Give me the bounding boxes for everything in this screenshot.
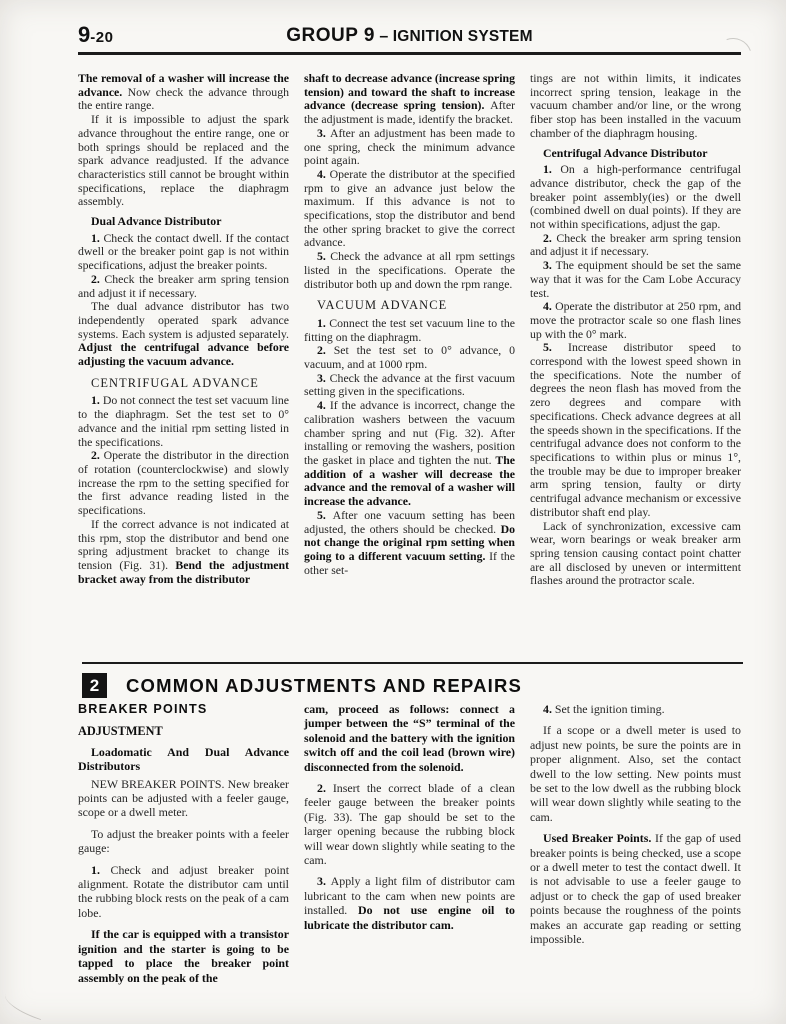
heading: BREAKER POINTS — [78, 702, 289, 716]
text-run: Operate the distributor at the specified… — [304, 167, 515, 250]
text-run: Connect the test set vacuum line to the … — [304, 316, 515, 344]
paragraph: 3. Check the advance at the first vacuum… — [304, 372, 515, 399]
manual-page: 9-20 GROUP 9 – IGNITION SYSTEM The remov… — [0, 0, 786, 1024]
bold-text-run: Used Breaker Points. — [543, 831, 655, 845]
text-run: If the advance is incorrect, change the … — [304, 398, 515, 467]
text-run: Check the contact dwell. If the contact … — [78, 231, 289, 272]
paragraph: 1. On a high-performance centrifugal adv… — [530, 163, 741, 232]
text-run: Check and adjust breaker point alignment… — [78, 863, 289, 920]
bold-text-run: 1. — [91, 393, 103, 407]
bold-text-run: 5. — [317, 249, 330, 263]
paragraph: If a scope or a dwell meter is used to a… — [530, 723, 741, 824]
bold-text-run: 4. — [317, 167, 330, 181]
bold-text-run: 3. — [317, 371, 330, 385]
page-title: GROUP 9 – IGNITION SYSTEM — [78, 25, 741, 47]
text-run: Check the breaker arm spring tension and… — [530, 231, 741, 259]
paragraph: If the correct advance is not indicated … — [78, 518, 289, 587]
bold-text-run: If the car is equipped with a transistor… — [78, 927, 289, 984]
text-column: 4. Set the ignition timing.If a scope or… — [530, 702, 741, 992]
text-run: Lack of synchronization, excessive cam w… — [530, 519, 741, 588]
paragraph: To adjust the breaker points with a feel… — [78, 827, 289, 856]
bold-text-run: 1. — [91, 863, 111, 877]
text-run: NEW BREAKER POINTS. New breaker points c… — [78, 777, 289, 820]
bold-text-run: shaft to decrease advance (increase spri… — [304, 71, 515, 112]
text-run: Check the advance at all rpm settings li… — [304, 249, 515, 290]
paragraph: 1. Do not connect the test set vacuum li… — [78, 394, 289, 449]
paragraph: 3. The equipment should be set the same … — [530, 259, 741, 300]
bold-text-run: 3. — [317, 874, 331, 888]
bold-text-run: 1. — [543, 162, 560, 176]
paragraph: 2. Check the breaker arm spring tension … — [78, 273, 289, 300]
paragraph: 4. Operate the distributor at 250 rpm, a… — [530, 300, 741, 341]
paragraph: The removal of a washer will increase th… — [78, 72, 289, 113]
bold-text-run: 5. — [543, 340, 568, 354]
scan-artifact-squiggle — [1, 994, 45, 1020]
paragraph: The dual advance distributor has two ind… — [78, 300, 289, 369]
section-2-header: 2 COMMON ADJUSTMENTS AND REPAIRS — [82, 673, 522, 698]
bold-text-run: 3. — [317, 126, 330, 140]
bold-text-run: 2. — [91, 448, 104, 462]
page-title-group: GROUP 9 — [286, 25, 375, 46]
text-run: If it is impossible to adjust the spark … — [78, 112, 289, 208]
text-run: Operate the distributor in the direction… — [78, 448, 289, 517]
paragraph: 3. After an adjustment has been made to … — [304, 127, 515, 168]
section-1-columns: The removal of a washer will increase th… — [78, 72, 741, 588]
paragraph: 2. Insert the correct blade of a clean f… — [304, 781, 515, 867]
text-run: Increase distributor speed to correspond… — [530, 340, 741, 518]
paragraph: If the car is equipped with a transistor… — [78, 927, 289, 985]
bold-text-run: 4. — [317, 398, 330, 412]
bold-text-run: 3. — [543, 258, 556, 272]
text-column: BREAKER POINTSADJUSTMENTLoadomatic And D… — [78, 702, 289, 992]
text-run: Do not connect the test set vacuum line … — [78, 393, 289, 448]
paragraph: 1. Check and adjust breaker point alignm… — [78, 863, 289, 921]
bold-text-run: 2. — [91, 272, 104, 286]
text-run: Check the breaker arm spring tension and… — [78, 272, 289, 300]
section-2-columns: BREAKER POINTSADJUSTMENTLoadomatic And D… — [78, 702, 741, 992]
heading: ADJUSTMENT — [78, 724, 289, 738]
paragraph: 2. Check the breaker arm spring tension … — [530, 232, 741, 259]
paragraph: tings are not within limits, it indicate… — [530, 72, 741, 141]
heading: Centrifugal Advance Distributor — [530, 147, 741, 161]
paragraph: 5. Check the advance at all rpm settings… — [304, 250, 515, 291]
bold-text-run: 5. — [317, 508, 333, 522]
text-column: The removal of a washer will increase th… — [78, 72, 289, 588]
section-number-badge: 2 — [82, 673, 107, 698]
paragraph: 1. Connect the test set vacuum line to t… — [304, 317, 515, 344]
header-rule — [78, 52, 741, 55]
text-run: The equipment should be set the same way… — [530, 258, 741, 299]
text-run: After one vacuum setting has been adjust… — [304, 508, 515, 536]
paragraph: 2. Set the test set to 0° advance, 0 vac… — [304, 344, 515, 371]
heading: VACUUM ADVANCE — [304, 299, 515, 313]
bold-text-run: 4. — [543, 299, 555, 313]
bold-text-run: 1. — [91, 231, 103, 245]
paragraph: If it is impossible to adjust the spark … — [78, 113, 289, 209]
text-run: If the gap of used breaker points is bei… — [530, 831, 741, 946]
text-run: Insert the correct blade of a clean feel… — [304, 781, 515, 867]
text-run: Check the advance at the first vacuum se… — [304, 371, 515, 399]
text-run: Set the test set to 0° advance, 0 vacuum… — [304, 343, 515, 371]
heading: Loadomatic And Dual Advance Distributors — [78, 745, 289, 774]
section-divider-rule — [82, 662, 743, 664]
bold-text-run: 2. — [317, 343, 334, 357]
paragraph: 4. If the advance is incorrect, change t… — [304, 399, 515, 509]
paragraph: 5. Increase distributor speed to corresp… — [530, 341, 741, 519]
bold-text-run: 1. — [317, 316, 329, 330]
paragraph: NEW BREAKER POINTS. New breaker points c… — [78, 777, 289, 820]
paragraph: Used Breaker Points. If the gap of used … — [530, 831, 741, 946]
text-run: Operate the distributor at 250 rpm, and … — [530, 299, 741, 340]
paragraph: 2. Operate the distributor in the direct… — [78, 449, 289, 518]
text-run: tings are not within limits, it indicate… — [530, 71, 741, 140]
paragraph: 3. Apply a light film of distributor cam… — [304, 874, 515, 932]
text-column: shaft to decrease advance (increase spri… — [304, 72, 515, 588]
page-title-dash: – — [379, 28, 388, 45]
text-run: After an adjustment has been made to one… — [304, 126, 515, 167]
paragraph: Lack of synchronization, excessive cam w… — [530, 520, 741, 589]
bold-text-run: cam, proceed as follows: connect a jumpe… — [304, 702, 515, 774]
text-run: Set the ignition timing. — [555, 702, 665, 716]
paragraph: shaft to decrease advance (increase spri… — [304, 72, 515, 127]
paragraph: 1. Check the contact dwell. If the conta… — [78, 232, 289, 273]
page-title-system: IGNITION SYSTEM — [393, 28, 533, 45]
text-run: The dual advance distributor has two ind… — [78, 299, 289, 340]
paragraph: 5. After one vacuum setting has been adj… — [304, 509, 515, 578]
text-column: tings are not within limits, it indicate… — [530, 72, 741, 588]
bold-text-run: 2. — [543, 231, 556, 245]
heading: Dual Advance Distributor — [78, 215, 289, 229]
paragraph: 4. Operate the distributor at the specif… — [304, 168, 515, 250]
paragraph: cam, proceed as follows: connect a jumpe… — [304, 702, 515, 774]
paragraph: 4. Set the ignition timing. — [530, 702, 741, 716]
heading: CENTRIFUGAL ADVANCE — [78, 377, 289, 391]
bold-text-run: Adjust the centrifugal advance before ad… — [78, 340, 289, 368]
section-title: COMMON ADJUSTMENTS AND REPAIRS — [126, 675, 522, 697]
text-run: To adjust the breaker points with a feel… — [78, 827, 289, 855]
bold-text-run: 2. — [317, 781, 333, 795]
bold-text-run: 4. — [543, 702, 555, 716]
text-run: If a scope or a dwell meter is used to a… — [530, 723, 741, 823]
page-header: 9-20 GROUP 9 – IGNITION SYSTEM — [78, 20, 741, 50]
text-run: On a high-performance centrifugal advanc… — [530, 162, 741, 231]
text-column: cam, proceed as follows: connect a jumpe… — [304, 702, 515, 992]
